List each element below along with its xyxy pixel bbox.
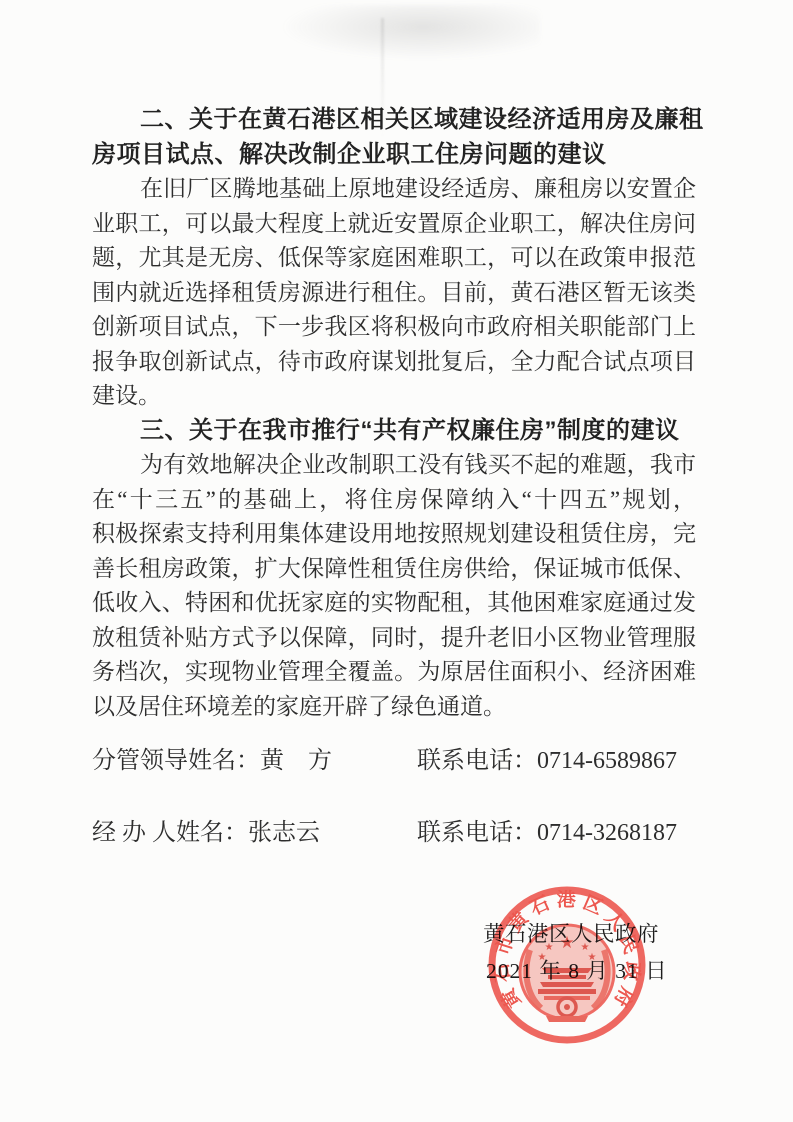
section3-heading-line: 三、关于在我市推行“共有产权廉住房”制度的建议 <box>92 414 696 449</box>
document-page: 二、关于在黄石港区相关区域建设经济适用房及廉租 房项目试点、解决改制企业职工住房… <box>0 0 793 1122</box>
phone-label: 联系电话： <box>417 820 537 846</box>
leader-phone-part: 联系电话：0714-6589867 <box>417 744 677 778</box>
handler-label: 经 办 人姓名： <box>92 820 248 846</box>
leader-phone-number: 0714-6589867 <box>537 748 677 774</box>
section2-paragraph-line: 业职工，可以最大程度上就近安置原企业职工，解决住房问 <box>92 207 696 242</box>
official-seal: 黄石市黄石港区人民政府 ★ ★ ★ ★ ★ <box>478 876 656 1054</box>
section3-paragraph-line: 放租赁补贴方式予以保障，同时，提升老旧小区物业管理服 <box>92 621 696 656</box>
section3-paragraph-line: 善长租房政策，扩大保障性租赁住房供给，保证城市低保、 <box>92 552 696 587</box>
handler-phone-part: 联系电话：0714-3268187 <box>417 816 677 850</box>
scan-artifact <box>280 5 540 60</box>
handler-name: 张志云 <box>248 820 320 846</box>
document-body: 二、关于在黄石港区相关区域建设经济适用房及廉租 房项目试点、解决改制企业职工住房… <box>92 103 696 724</box>
section2-paragraph-line: 题，尤其是无房、低保等家庭困难职工，可以在政策申报范 <box>92 241 696 276</box>
phone-label: 联系电话： <box>417 748 537 774</box>
section2-paragraph-line: 创新项目试点，下一步我区将积极向市政府相关职能部门上 <box>92 310 696 345</box>
handler-phone-number: 0714-3268187 <box>537 820 677 846</box>
national-emblem-icon: ★ ★ ★ ★ ★ <box>520 925 614 1022</box>
svg-text:★: ★ <box>538 952 547 963</box>
section2-heading-line: 二、关于在黄石港区相关区域建设经济适用房及廉租 <box>92 103 696 138</box>
contact-row-leader: 分管领导姓名：黄 方 联系电话：0714-6589867 <box>92 744 696 778</box>
svg-text:★: ★ <box>588 952 597 963</box>
leader-label: 分管领导姓名： <box>92 748 260 774</box>
section3-paragraph-line: 积极探索支持利用集体建设用地按照规划建设租赁住房，完 <box>92 517 696 552</box>
svg-text:★: ★ <box>559 933 574 952</box>
section2-paragraph-line: 建设。 <box>92 379 696 414</box>
section3-paragraph-line: 务档次，实现物业管理全覆盖。为原居住面积小、经济困难 <box>92 655 696 690</box>
section2-heading-line: 房项目试点、解决改制企业职工住房问题的建议 <box>92 138 696 173</box>
contact-row-handler: 经 办 人姓名：张志云 联系电话：0714-3268187 <box>92 816 696 850</box>
section3-paragraph-line: 低收入、特困和优抚家庭的实物配租，其他困难家庭通过发 <box>92 586 696 621</box>
leader-name: 黄 方 <box>260 748 332 774</box>
section2-paragraph-line: 报争取创新试点，待市政府谋划批复后，全力配合试点项目 <box>92 345 696 380</box>
section3-paragraph-line: 以及居住环境差的家庭开辟了绿色通道。 <box>92 690 696 725</box>
section3-paragraph-line: 为有效地解决企业改制职工没有钱买不起的难题，我市 <box>92 448 696 483</box>
section2-paragraph-line: 围内就近选择租赁房源进行租住。目前，黄石港区暂无该类 <box>92 276 696 311</box>
section2-paragraph-line: 在旧厂区腾地基础上原地建设经适房、廉租房以安置企 <box>92 172 696 207</box>
section3-paragraph-line: 在“十三五”的基础上，将住房保障纳入“十四五”规划， <box>92 483 696 518</box>
